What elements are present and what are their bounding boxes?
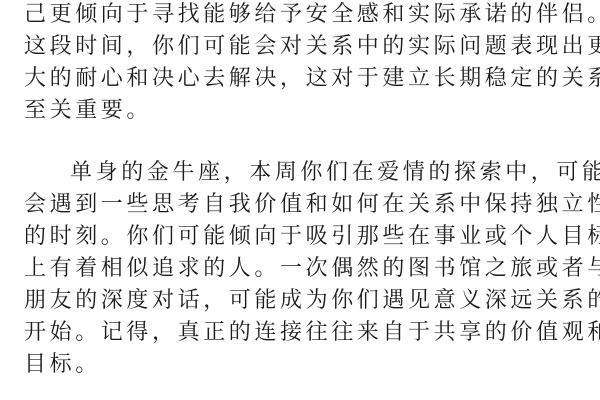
text-line: 上有着相似追求的人。一次偶然的图书馆之旅或者与 [24, 253, 580, 285]
text-line: 的时刻。你们可能倾向于吸引那些在事业或个人目标 [24, 221, 580, 253]
text-line: 朋友的深度对话，可能成为你们遇见意义深远关系的 [24, 285, 580, 317]
text-line: 至关重要。 [24, 95, 580, 127]
article-body: 己更倾向于寻找能够给予安全感和实际承诺的伴侣。 这段时间，你们可能会对关系中的实… [24, 0, 580, 381]
paragraph-singles: 单身的金牛座，本周你们在爱情的探索中，可能 会遇到一些思考自我价值和如何在关系中… [24, 157, 580, 381]
paragraph-spacer [24, 127, 580, 157]
paragraph-couples: 己更倾向于寻找能够给予安全感和实际承诺的伴侣。 这段时间，你们可能会对关系中的实… [24, 0, 580, 127]
text-line: 己更倾向于寻找能够给予安全感和实际承诺的伴侣。 [24, 0, 580, 31]
text-line: 开始。记得，真正的连接往往来自于共享的价值观和 [24, 317, 580, 349]
text-line: 会遇到一些思考自我价值和如何在关系中保持独立性 [24, 189, 580, 221]
text-line: 目标。 [24, 349, 580, 381]
text-line: 单身的金牛座，本周你们在爱情的探索中，可能 [24, 157, 580, 189]
text-line: 这段时间，你们可能会对关系中的实际问题表现出更 [24, 31, 580, 63]
text-line: 大的耐心和决心去解决，这对于建立长期稳定的关系 [24, 63, 580, 95]
